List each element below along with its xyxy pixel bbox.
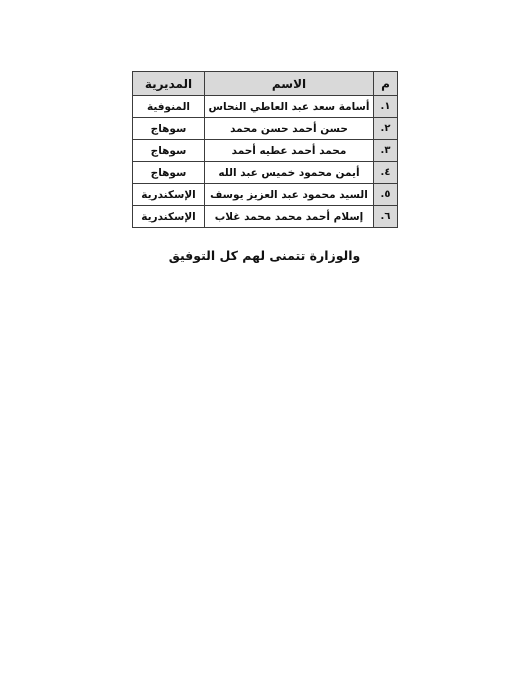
row-number: ١. bbox=[374, 96, 398, 118]
header-cell-name: الاسم bbox=[205, 72, 374, 96]
names-roster-table: م الاسم المديرية ١. أسامة سعد عبد العاطي… bbox=[132, 71, 398, 228]
document-page: م الاسم المديرية ١. أسامة سعد عبد العاطي… bbox=[0, 0, 526, 681]
row-name: إسلام أحمد محمد محمد غلاب bbox=[205, 206, 374, 228]
header-cell-directorate: المديرية bbox=[133, 72, 205, 96]
row-directorate: المنوفية bbox=[133, 96, 205, 118]
table-header-row: م الاسم المديرية bbox=[133, 72, 398, 96]
row-number: ٣. bbox=[374, 140, 398, 162]
row-directorate: سوهاج bbox=[133, 118, 205, 140]
row-directorate: الإسكندرية bbox=[133, 206, 205, 228]
row-name: أيمن محمود خميس عبد الله bbox=[205, 162, 374, 184]
row-number: ٤. bbox=[374, 162, 398, 184]
row-number: ٦. bbox=[374, 206, 398, 228]
table-row: ٥. السيد محمود عبد العزيز يوسف الإسكندري… bbox=[133, 184, 398, 206]
row-directorate: الإسكندرية bbox=[133, 184, 205, 206]
row-name: حسن أحمد حسن محمد bbox=[205, 118, 374, 140]
row-name: أسامة سعد عبد العاطي النحاس bbox=[205, 96, 374, 118]
row-directorate: سوهاج bbox=[133, 162, 205, 184]
table-row: ٦. إسلام أحمد محمد محمد غلاب الإسكندرية bbox=[133, 206, 398, 228]
ministry-wishes-line: والوزارة تتمنى لهم كل التوفيق bbox=[132, 248, 397, 263]
header-cell-number: م bbox=[374, 72, 398, 96]
row-number: ٢. bbox=[374, 118, 398, 140]
row-name: السيد محمود عبد العزيز يوسف bbox=[205, 184, 374, 206]
table-row: ١. أسامة سعد عبد العاطي النحاس المنوفية bbox=[133, 96, 398, 118]
row-directorate: سوهاج bbox=[133, 140, 205, 162]
table-row: ٤. أيمن محمود خميس عبد الله سوهاج bbox=[133, 162, 398, 184]
table-row: ٣. محمد أحمد عطيه أحمد سوهاج bbox=[133, 140, 398, 162]
row-name: محمد أحمد عطيه أحمد bbox=[205, 140, 374, 162]
row-number: ٥. bbox=[374, 184, 398, 206]
table-row: ٢. حسن أحمد حسن محمد سوهاج bbox=[133, 118, 398, 140]
